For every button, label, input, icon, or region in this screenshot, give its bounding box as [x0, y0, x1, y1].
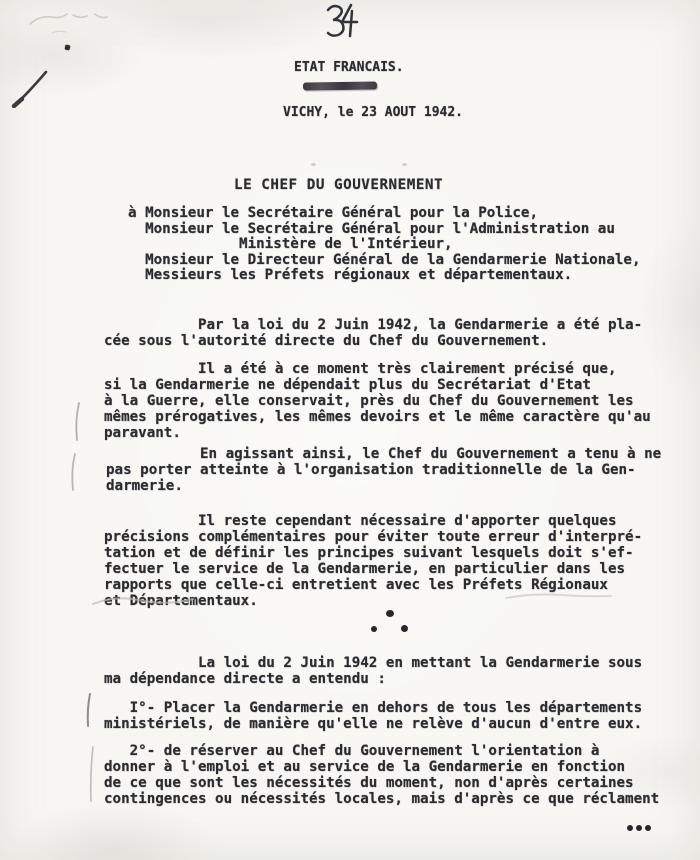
letterhead-state: ETAT FRANCAIS. — [294, 61, 404, 75]
handwritten-page-number — [318, 1, 364, 39]
pen-slash-mark — [6, 62, 56, 108]
margin-stroke-mark — [81, 691, 95, 729]
paragraph-6: I°- Placer la Gendarmerie en dehors de t… — [104, 700, 642, 732]
paragraph-2: Il a été à ce moment très clairement pré… — [104, 361, 651, 441]
paragraph-1: Par la loi du 2 Juin 1942, la Gendarmeri… — [104, 317, 642, 349]
letter-title: LE CHEF DU GOUVERNEMENT — [234, 177, 443, 193]
paragraph-7: 2°- de réserver au Chef du Gouvernement … — [104, 743, 659, 807]
letterhead-dateline: VICHY, le 23 AOUT 1942. — [283, 106, 463, 120]
obliterated-motto-smudge — [303, 81, 377, 90]
margin-stroke-mark — [70, 400, 84, 442]
addressee-list: à Monsieur le Secrétaire Général pour la… — [128, 206, 641, 284]
paragraph-5: La loi du 2 Juin 1942 en mettant la Gend… — [104, 655, 642, 687]
paper-speck — [402, 163, 407, 166]
pencil-scribble-mark — [22, 6, 122, 40]
paper-speck — [311, 163, 316, 166]
ink-dot-mark — [65, 45, 71, 51]
pencil-scribble-mark — [90, 592, 195, 610]
scanned-letter-page: ETAT FRANCAIS. VICHY, le 23 AOUT 1942. L… — [0, 0, 700, 860]
margin-stroke-mark — [66, 451, 80, 493]
margin-stroke-mark — [84, 744, 98, 804]
faint-underline-mark — [503, 590, 615, 602]
paragraph-3: En agissant ainsi, le Chef du Gouverneme… — [106, 446, 661, 494]
